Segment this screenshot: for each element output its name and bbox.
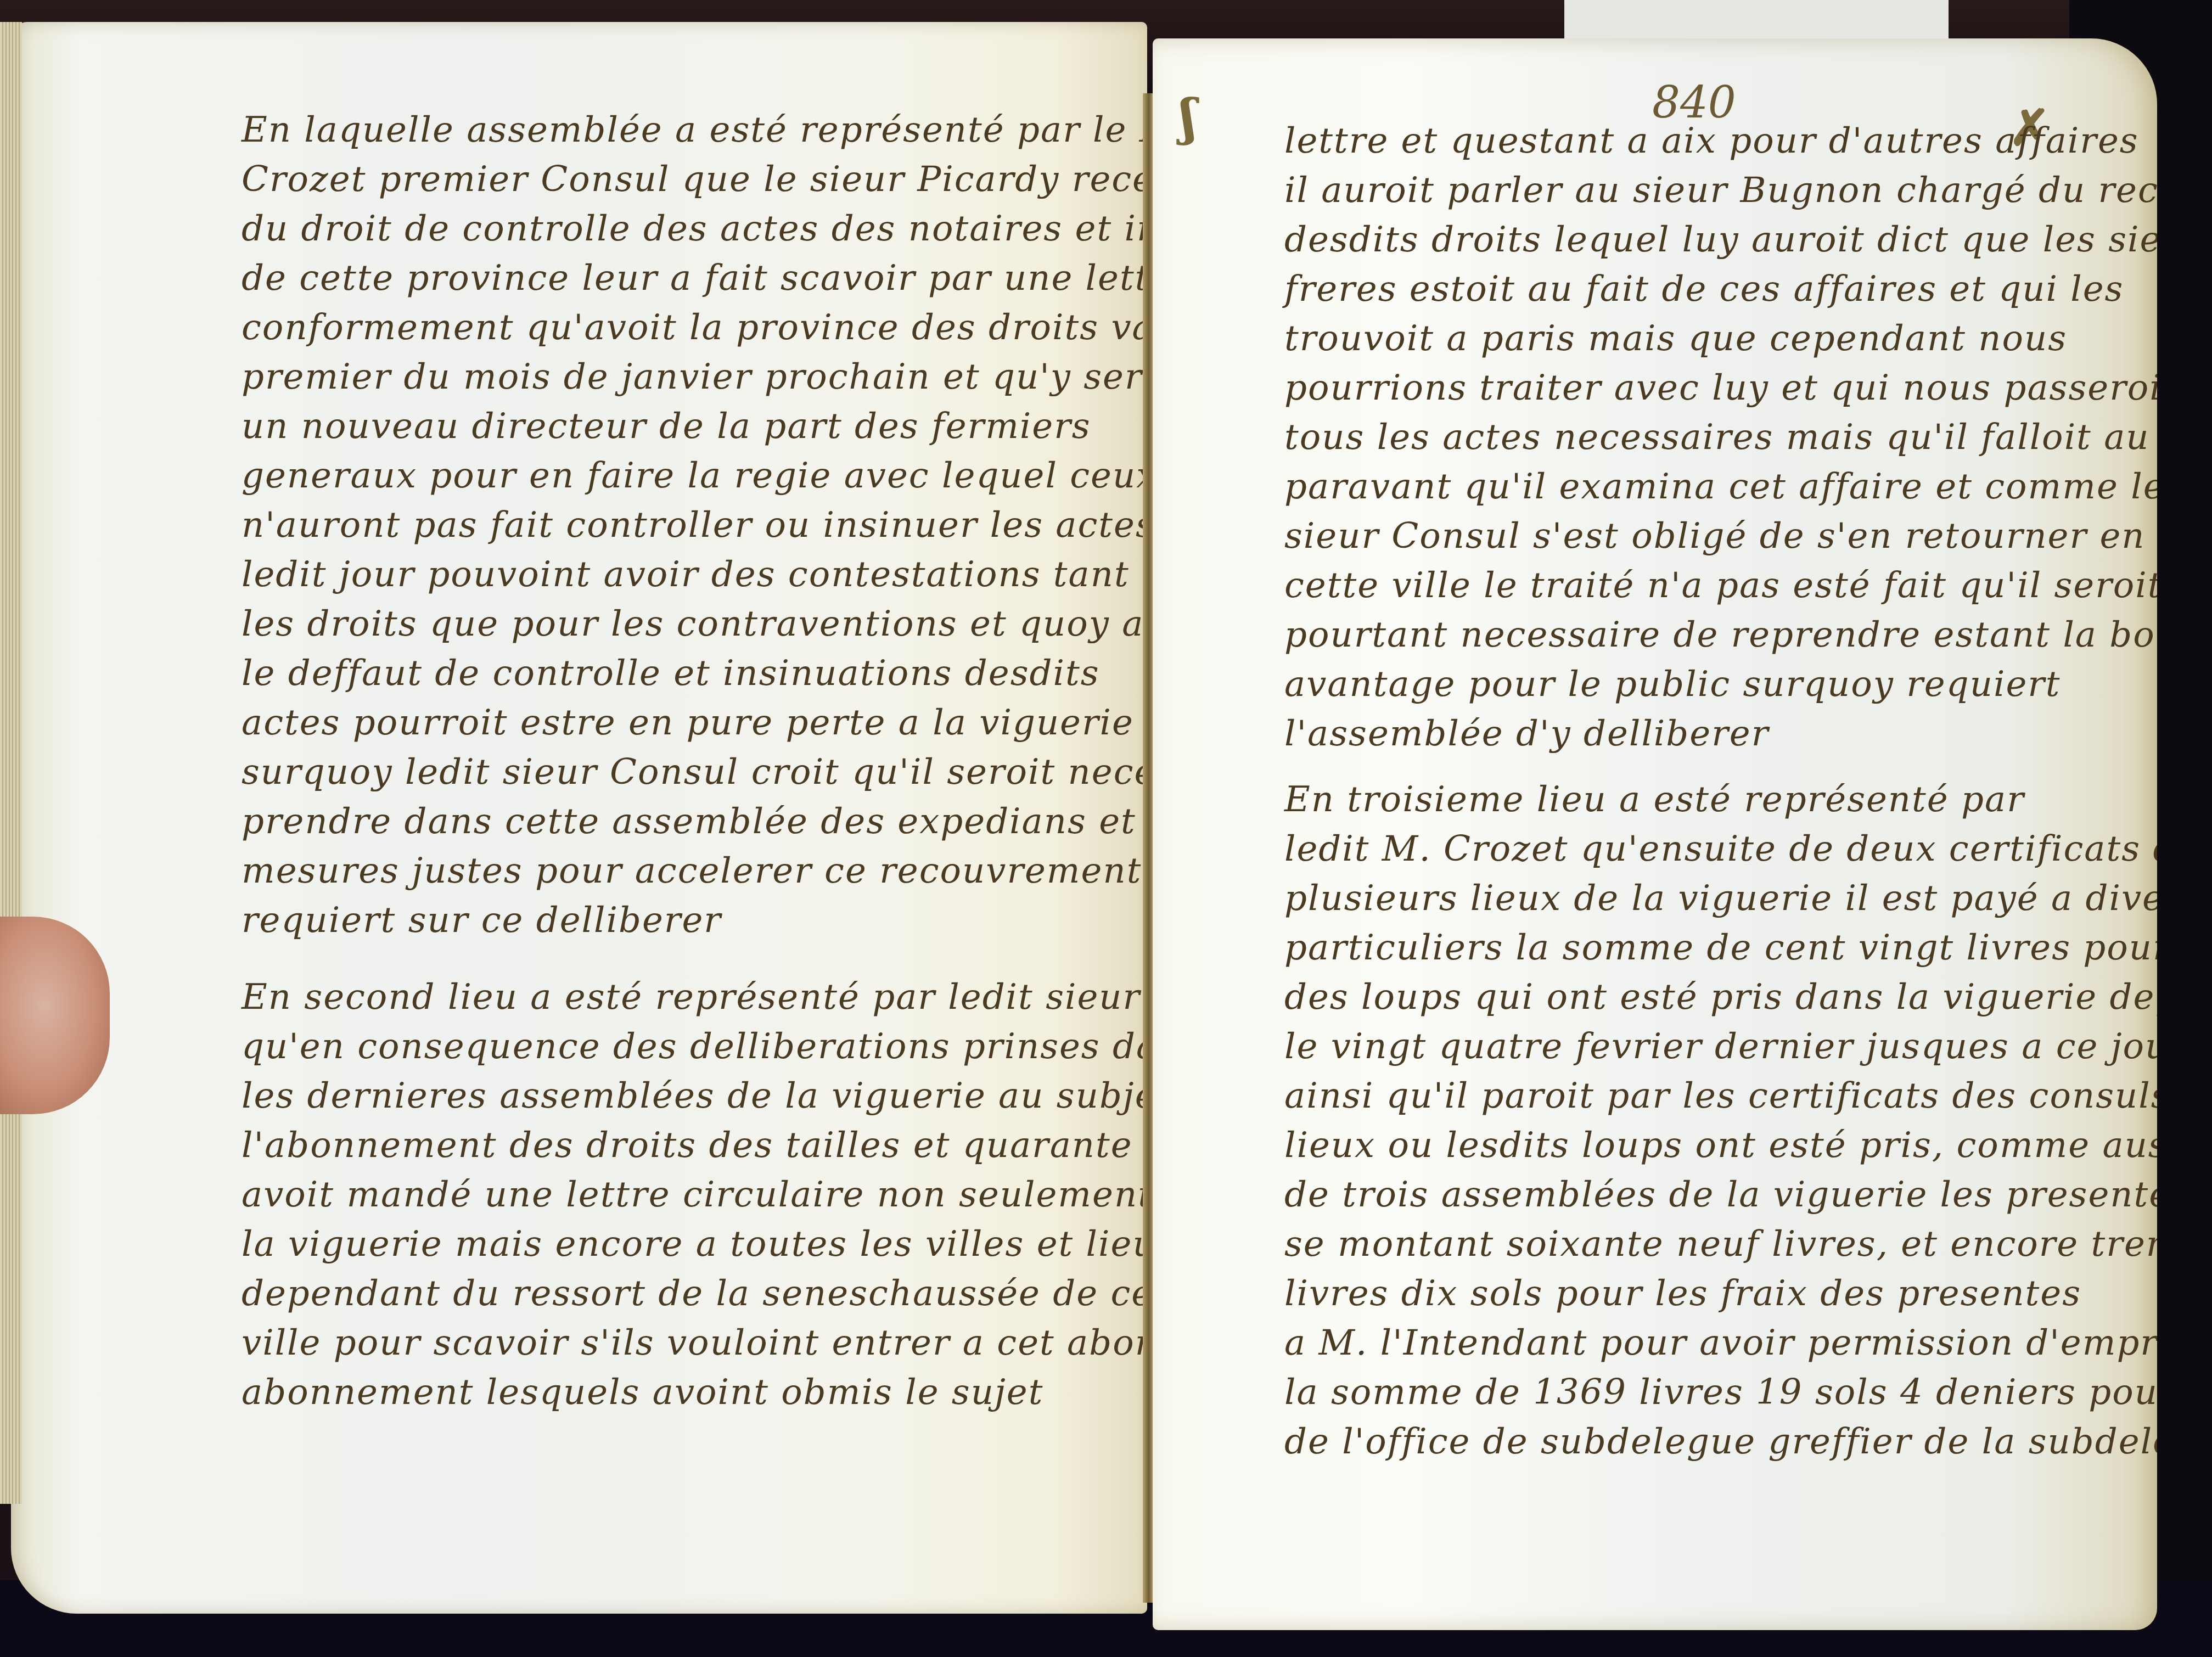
manuscript-line: lieux ou lesdits loups ont esté pris, co… — [1284, 1125, 2157, 1166]
manuscript-line: ainsi qu'il paroit par les certificats d… — [1284, 1076, 2157, 1116]
manuscript-line: du droit de controlle des actes des nota… — [242, 209, 1147, 249]
manuscript-line: ledit M. Crozet qu'ensuite de deux certi… — [1284, 829, 2157, 869]
manuscript-line: de cette province leur a fait scavoir pa… — [242, 258, 1147, 299]
manuscript-line: les droits que pour les contraventions e… — [242, 604, 1147, 644]
manuscript-line: un nouveau directeur de la part des ferm… — [242, 406, 1091, 447]
manuscript-line: lettre et questant a aix pour d'autres a… — [1284, 121, 2139, 161]
manuscript-line: ledit jour pouvoint avoir des contestati… — [242, 554, 1147, 595]
manuscript-line: sieur Consul s'est obligé de s'en retour… — [1284, 516, 2146, 557]
manuscript-line: cette ville le traité n'a pas esté fait … — [1284, 565, 2157, 606]
manuscript-line: freres estoit au fait de ces affaires et… — [1284, 269, 2124, 310]
manuscript-line: desdits droits lequel luy auroit dict qu… — [1284, 220, 2157, 260]
manuscript-line: la viguerie mais encore a toutes les vil… — [242, 1224, 1147, 1265]
manuscript-line: plusieurs lieux de la viguerie il est pa… — [1284, 878, 2157, 919]
manuscript-line: avantage pour le public surquoy requiert — [1284, 664, 2061, 705]
manuscript-line: tous les actes necessaires mais qu'il fa… — [1284, 417, 2150, 458]
manuscript-line: la somme de 1369 livres 19 sols 4 denier… — [1284, 1372, 2157, 1413]
manuscript-line: En troisieme lieu a esté représenté par — [1284, 779, 2025, 820]
manuscript-line: requiert sur ce delliberer — [242, 900, 722, 941]
manuscript-line: avoit mandé une lettre circulaire non se… — [242, 1175, 1147, 1215]
manuscript-line: En laquelle assemblée a esté représenté … — [242, 110, 1147, 150]
manuscript-line: particuliers la somme de cent vingt livr… — [1284, 928, 2157, 968]
manuscript-line: qu'en consequence des delliberations pri… — [242, 1026, 1147, 1067]
manuscript-line: Crozet premier Consul que le sieur Picar… — [242, 159, 1147, 200]
manuscript-line: premier du mois de janvier prochain et q… — [242, 357, 1147, 397]
manuscript-line: l'assemblée d'y delliberer — [1284, 714, 1769, 754]
thumb — [0, 917, 110, 1114]
manuscript-line: ville pour scavoir s'ils vouloint entrer… — [242, 1323, 1147, 1363]
manuscript-line: mesures justes pour accelerer ce recouvr… — [242, 851, 1147, 891]
manuscript-line: des loups qui ont esté pris dans la vigu… — [1284, 977, 2157, 1018]
manuscript-line: a M. l'Intendant pour avoir permission d… — [1284, 1323, 2157, 1363]
tick-mark-icon: ʃ — [1180, 88, 1197, 146]
manuscript-line: paravant qu'il examina cet affaire et co… — [1284, 467, 2157, 507]
manuscript-line: le vingt quatre fevrier dernier jusques … — [1284, 1026, 2157, 1067]
manuscript-line: l'abonnement des droits des tailles et q… — [242, 1125, 1133, 1166]
manuscript-line: trouvoit a paris mais que cependant nous — [1284, 318, 2067, 359]
manuscript-line: se montant soixante neuf livres, et enco… — [1284, 1224, 2157, 1265]
manuscript-line: abonnement lesquels avoint obmis le suje… — [242, 1372, 1043, 1413]
manuscript-line: conformement qu'avoit la province des dr… — [242, 307, 1147, 348]
manuscript-line: le deffaut de controlle et insinuations … — [242, 653, 1099, 694]
manuscript-line: generaux pour en faire la regie avec leq… — [242, 456, 1147, 496]
manuscript-line: livres dix sols pour les fraix des prese… — [1284, 1273, 2081, 1314]
manuscript-line: les dernieres assemblées de la viguerie … — [242, 1076, 1147, 1116]
manuscript-line: de l'office de subdelegue greffier de la… — [1284, 1422, 2157, 1462]
left-page: En laquelle assemblée a esté représenté … — [11, 22, 1147, 1614]
manuscript-line: surquoy ledit sieur Consul croit qu'il s… — [242, 752, 1147, 793]
manuscript-line: En second lieu a esté représenté par led… — [242, 977, 1147, 1018]
manuscript-line: actes pourroit estre en pure perte a la … — [242, 703, 1134, 743]
manuscript-line: il auroit parler au sieur Bugnon chargé … — [1284, 170, 2157, 211]
manuscript-line: n'auront pas fait controller ou insinuer… — [242, 505, 1147, 546]
manuscript-line: de trois assemblées de la viguerie les p… — [1284, 1175, 2157, 1215]
page-edges — [0, 22, 22, 1504]
right-page: 840 ʃ ✗ lettre et questant a aix pour d'… — [1153, 38, 2157, 1630]
manuscript-line: pourrions traiter avec luy et qui nous p… — [1284, 368, 2157, 408]
manuscript-line: pourtant necessaire de reprendre estant … — [1284, 615, 2157, 655]
manuscript-line: prendre dans cette assemblée des expedia… — [242, 801, 1147, 842]
manuscript-line: dependant du ressort de la seneschaussée… — [242, 1273, 1147, 1314]
